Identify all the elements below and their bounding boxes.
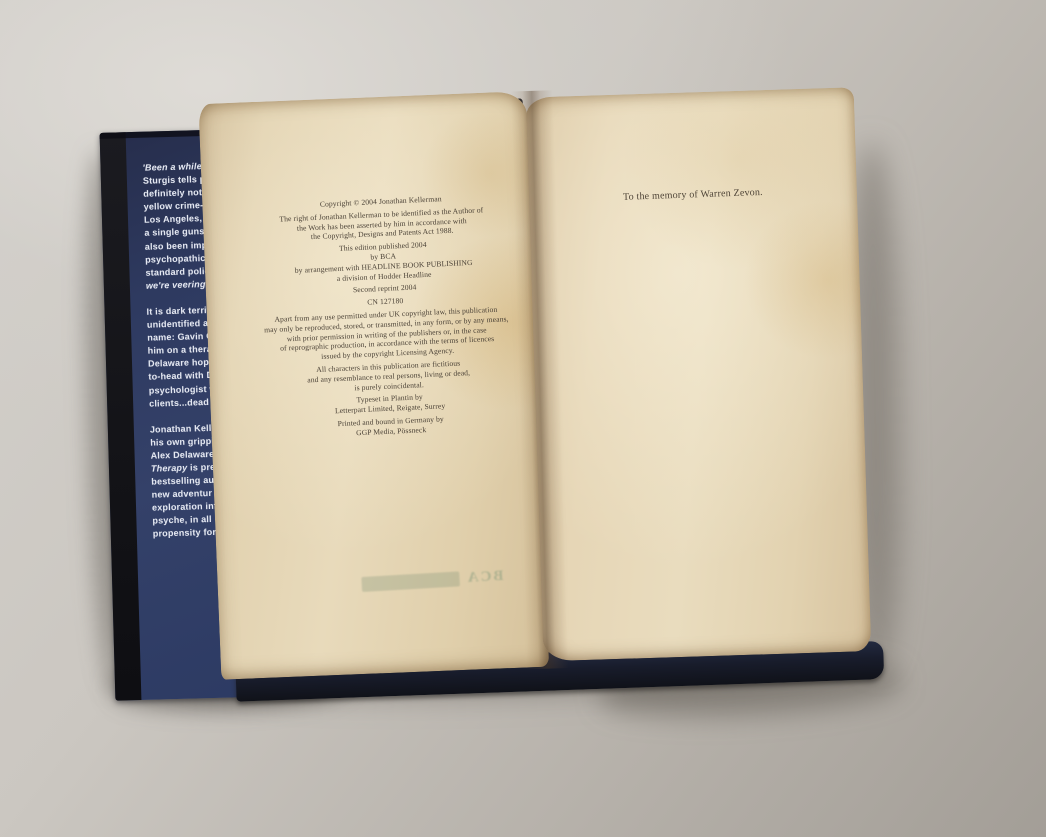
open-book: 'Been a while siSturgis tells psydefinit… — [86, 67, 903, 719]
copyright-text: Copyright © 2004 Jonathan KellermanThe r… — [218, 190, 555, 447]
bca-ghost-letters: BCA — [465, 567, 504, 586]
bca-ghost-stamp: BCA — [333, 565, 504, 597]
dedication-page: To the memory of Warren Zevon. — [526, 87, 872, 661]
photo-scene: 'Been a while siSturgis tells psydefinit… — [0, 0, 1046, 837]
bca-ghost-logo-block — [362, 571, 461, 592]
jacket-black-edge — [100, 132, 142, 701]
copyright-page: Copyright © 2004 Jonathan KellermanThe r… — [198, 91, 549, 680]
dedication-text: To the memory of Warren Zevon. — [529, 184, 857, 206]
